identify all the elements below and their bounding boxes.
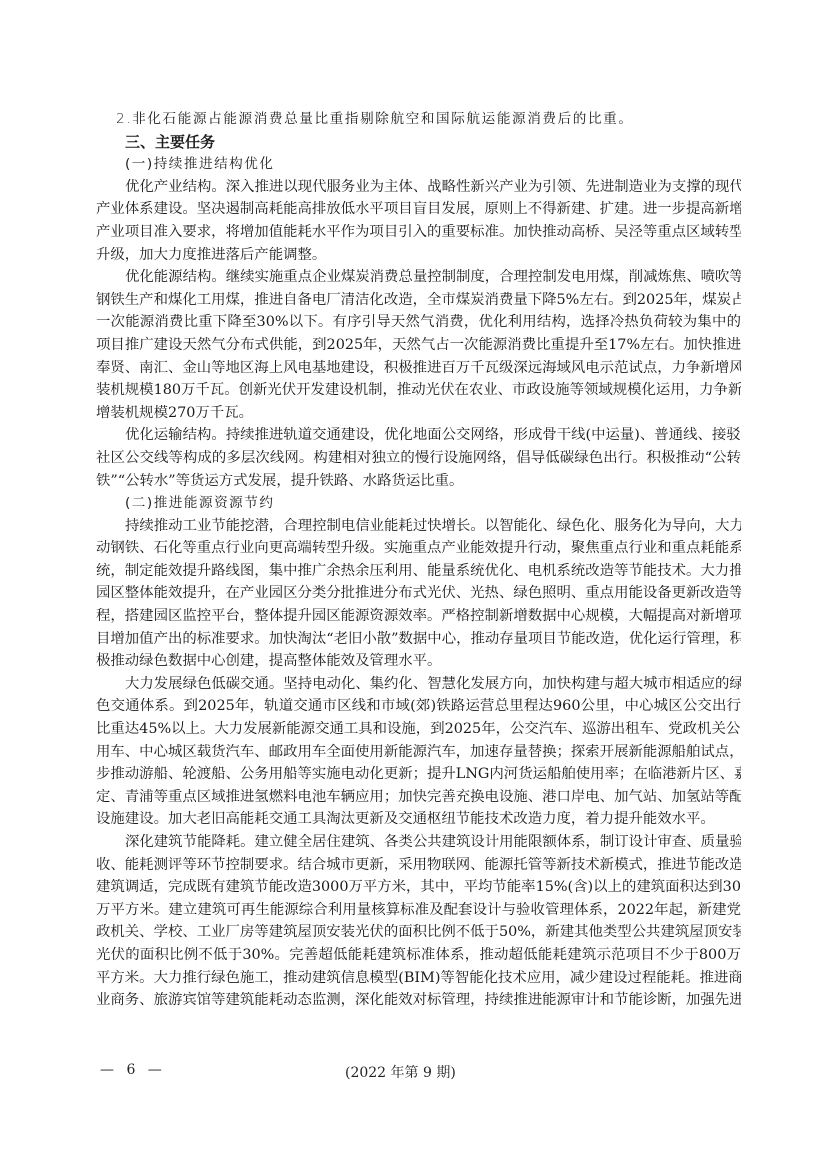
text-line: 万平方米。建立建筑可再生能源综合利用量核算标准及配套设计与验收管理体系，2022… (96, 899, 741, 922)
text-line: 用车、中心城区载货汽车、邮政用车全面使用新能源汽车，加速存量替换；探索开展新能源… (96, 741, 741, 764)
paragraph-green-transport: 大力发展绿色低碳交通。坚持电动化、集约化、智慧化发展方向，加快构建与超大城市相适… (96, 673, 741, 831)
subsection-heading: (一)持续推进结构优化 (96, 153, 741, 176)
text-line: 动钢铁、石化等重点行业向更高端转型升级。实施重点产业能效提升行动，聚焦重点行业和… (96, 537, 741, 560)
paragraph-energy-structure: 优化能源结构。继续实施重点企业煤炭消费总量控制制度，合理控制发电用煤，削减炼焦、… (96, 266, 741, 424)
text-line: 程，搭建园区监控平台，整体提升园区能源资源效率。严格控制新增数据中心规模，大幅提… (96, 605, 741, 628)
text-line: 色交通体系。到2025年，轨道交通市区线和市域(郊)铁路运营总里程达960公里，… (96, 695, 741, 718)
text-line: 优化运输结构。持续推进轨道交通建设，优化地面公交网络，形成骨干线(中运量)、普通… (96, 424, 741, 447)
text-line: 园区整体能效提升，在产业园区分类分批推进分布式光伏、光热、绿色照明、重点用能设备… (96, 582, 741, 605)
text-line: 一次能源消费比重下降至30%以下。有序引导天然气消费，优化利用结构，选择冷热负荷… (96, 311, 741, 334)
text-line: 平方米。大力推行绿色施工，推动建筑信息模型(BIM)等智能化技术应用，减少建设过… (96, 967, 741, 990)
text-line: 钢铁生产和煤化工用煤，推进自备电厂清洁化改造，全市煤炭消费量下降5%左右。到20… (96, 289, 741, 312)
text-line: 装机规模180万千瓦。创新光伏开发建设机制，推动光伏在农业、市政设施等领域规模化… (96, 379, 741, 402)
text-line: 铁”“公转水”等货运方式发展，提升铁路、水路货运比重。 (96, 470, 741, 493)
text-line: 政机关、学校、工业厂房等建筑屋顶安装光伏的面积比例不低于50%，新建其他类型公共… (96, 921, 741, 944)
paragraph-transport-structure: 优化运输结构。持续推进轨道交通建设，优化地面公交网络，形成骨干线(中运量)、普通… (96, 424, 741, 492)
text-line: 目增加值产出的标准要求。加快淘汰“老旧小散”数据中心，推动存量项目节能改造，优化… (96, 628, 741, 651)
text-line: 产业体系建设。坚决遏制高耗能高排放低水平项目盲目发展，原则上不得新建、扩建。进一… (96, 198, 741, 221)
text-line: 大力发展绿色低碳交通。坚持电动化、集约化、智慧化发展方向，加快构建与超大城市相适… (96, 673, 741, 696)
paragraph-building-energy: 深化建筑节能降耗。建立健全居住建筑、各类公共建筑设计用能限额体系，制订设计审查、… (96, 831, 741, 1012)
text-line: 比重达45%以上。大力发展新能源交通工具和设施，到2025年，公交汽车、巡游出租… (96, 718, 741, 741)
text-line: 项目推广建设天然气分布式供能，到2025年，天然气占一次能源消费比重提升至17%… (96, 334, 741, 357)
text-line: 社区公交线等构成的多层次线网。构建相对独立的慢行设施网络，倡导低碳绿色出行。积极… (96, 447, 741, 470)
text-line: 产业项目准入要求，将增加值能耗水平作为项目引入的重要标准。加快推动高桥、吴泾等重… (96, 221, 741, 244)
text-line: 统，制定能效提升路线图，集中推广余热余压利用、能量系统优化、电机系统改造等节能技… (96, 560, 741, 583)
text-line: 设施建设。加大老旧高能耗交通工具淘汰更新及交通枢纽节能技术改造力度，着力提升能效… (96, 808, 741, 831)
paragraph-industrial-energy-saving: 持续推动工业节能挖潜，合理控制电信业能耗过快增长。以智能化、绿色化、服务化为导向… (96, 515, 741, 673)
text-line: 建筑调适，完成既有建筑节能改造3000万平方米，其中，平均节能率15%(含)以上… (96, 876, 741, 899)
section-heading: 三、主要任务 (96, 131, 741, 154)
text-line: 业商务、旅游宾馆等建筑能耗动态监测，深化能效对标管理，持续推进能源审计和节能诊断… (96, 989, 741, 1012)
text-line: 奉贤、南汇、金山等地区海上风电基地建设，积极推进百万千瓦级深远海域风电示范试点，… (96, 357, 741, 380)
paragraph-industry-structure: 优化产业结构。深入推进以现代服务业为主体、战略性新兴产业为引领、先进制造业为支撑… (96, 176, 741, 266)
text-line: 优化能源结构。继续实施重点企业煤炭消费总量控制制度，合理控制发电用煤，削减炼焦、… (96, 266, 741, 289)
text-line: 步推动游船、轮渡船、公务用船等实施电动化更新；提升LNG内河货运船舶使用率；在临… (96, 763, 741, 786)
document-page: 2.非化石能源占能源消费总量比重指剔除航空和国际航运能源消费后的比重。 三、主要… (96, 108, 741, 1012)
subsection-heading: (二)推进能源资源节约 (96, 492, 741, 515)
text-line: 光伏的面积比例不低于30%。完善超低能耗建筑标准体系，推动超低能耗建筑示范项目不… (96, 944, 741, 967)
text-line: 定、青浦等重点区域推进氢燃料电池车辆应用；加快完善充换电设施、港口岸电、加气站、… (96, 786, 741, 809)
page-footer: — 6 — (2022 年第 9 期) (100, 1062, 740, 1084)
text-line: 持续推动工业节能挖潜，合理控制电信业能耗过快增长。以智能化、绿色化、服务化为导向… (96, 515, 741, 538)
page-number: — 6 — (100, 1062, 166, 1078)
footnote: 2.非化石能源占能源消费总量比重指剔除航空和国际航运能源消费后的比重。 (96, 108, 741, 131)
text-line: 收、能耗测评等环节控制要求。结合城市更新，采用物联网、能源托管等新技术新模式，推… (96, 854, 741, 877)
text-line: 升级，加大力度推进落后产能调整。 (96, 244, 741, 267)
text-line: 优化产业结构。深入推进以现代服务业为主体、战略性新兴产业为引领、先进制造业为支撑… (96, 176, 741, 199)
issue-label: (2022 年第 9 期) (345, 1062, 456, 1082)
text-line: 极推动绿色数据中心创建，提高整体能效及管理水平。 (96, 650, 741, 673)
text-line: 增装机规模270万千瓦。 (96, 402, 741, 425)
text-line: 深化建筑节能降耗。建立健全居住建筑、各类公共建筑设计用能限额体系，制订设计审查、… (96, 831, 741, 854)
